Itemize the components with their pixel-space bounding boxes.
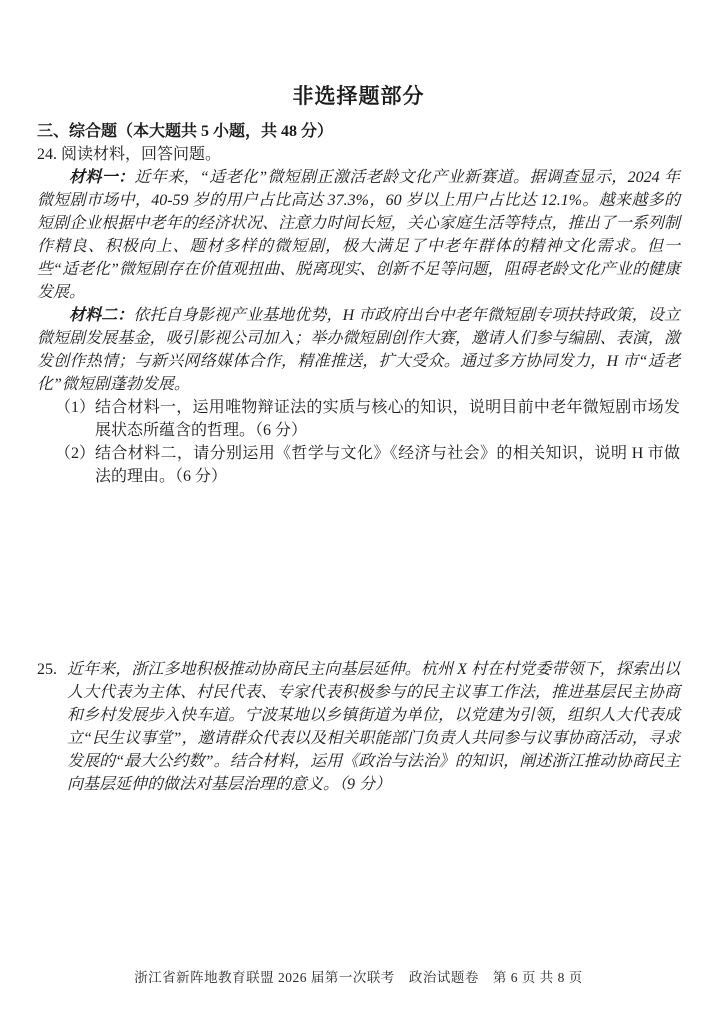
material-1-text: 近年来，“适老化”微短剧正激活老龄文化产业新赛道。据调查显示，2024 年微短剧…	[37, 169, 680, 301]
question-25: 25. 近年来，浙江多地积极推动协商民主向基层延伸。杭州 X 村在村党委带领下，…	[37, 658, 680, 796]
question-24-material-2: 材料二：依托自身影视产业基地优势，H 市政府出台中老年微短剧专项扶持政策，设立微…	[37, 304, 680, 396]
question-25-text: 近年来，浙江多地积极推动协商民主向基层延伸。杭州 X 村在村党委带领下，探索出以…	[67, 658, 680, 796]
page-title: 非选择题部分	[37, 84, 680, 108]
question-24-intro-text: 阅读材料，回答问题。	[61, 146, 221, 163]
sub-question-1-text: 结合材料一，运用唯物辩证法的实质与核心的知识，说明目前中老年微短剧市场发展状态所…	[95, 396, 680, 442]
section-heading-label: 三、综合题	[37, 123, 117, 140]
sub-question-2-text: 结合材料二，请分别运用《哲学与文化》《经济与社会》的相关知识，说明 H 市做法的…	[95, 442, 680, 488]
page-footer: 浙江省新阵地教育联盟 2026 届第一次联考 政治试题卷 第 6 页 共 8 页	[0, 970, 717, 986]
section-heading-info: （本大题共 5 小题，共 48 分）	[117, 123, 333, 140]
material-2-label: 材料二：	[69, 307, 133, 324]
question-24-number: 24.	[37, 146, 57, 163]
question-24-sub-question-2: （2） 结合材料二，请分别运用《哲学与文化》《经济与社会》的相关知识，说明 H …	[37, 442, 680, 488]
material-1-label: 材料一：	[69, 169, 134, 186]
material-2-text: 依托自身影视产业基地优势，H 市政府出台中老年微短剧专项扶持政策，设立微短剧发展…	[37, 307, 680, 393]
sub-question-1-marker: （1）	[55, 396, 95, 442]
question-24-intro-line: 24. 阅读材料，回答问题。	[37, 143, 680, 166]
question-25-number: 25.	[37, 658, 67, 796]
sub-question-2-marker: （2）	[55, 442, 95, 488]
question-24-material-1: 材料一：近年来，“适老化”微短剧正激活老龄文化产业新赛道。据调查显示，2024 …	[37, 166, 680, 304]
question-24-sub-question-1: （1） 结合材料一，运用唯物辩证法的实质与核心的知识，说明目前中老年微短剧市场发…	[37, 396, 680, 442]
exam-paper-page: 非选择题部分 三、综合题（本大题共 5 小题，共 48 分） 24. 阅读材料，…	[0, 0, 717, 1024]
section-heading: 三、综合题（本大题共 5 小题，共 48 分）	[37, 120, 680, 143]
